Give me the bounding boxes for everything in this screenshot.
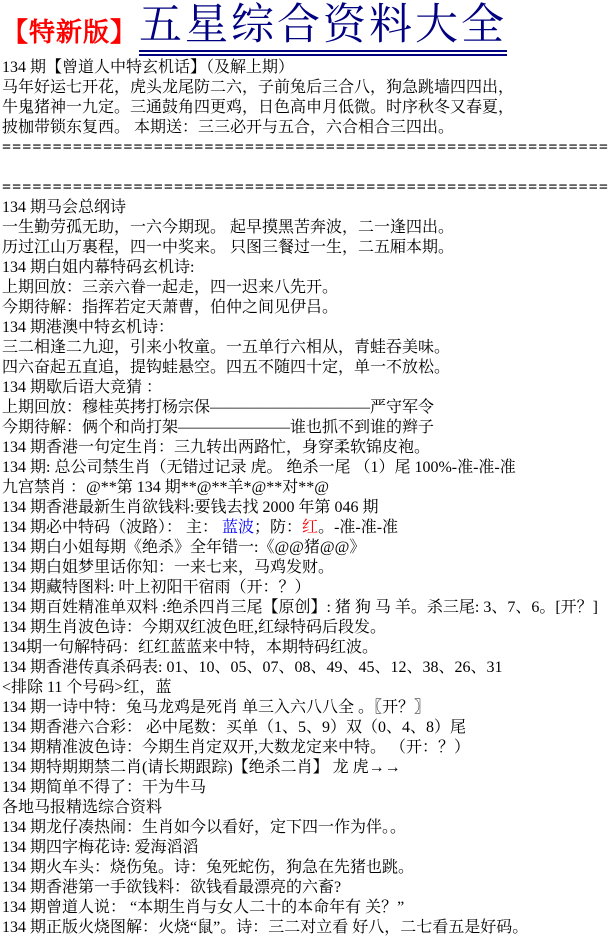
text-line: 134 期香港传真杀码表: 01、10、05、07、08、49、45、12、38… [2, 658, 616, 678]
text-line: 134 期特期期禁二肖(请长期跟踪)【绝杀二肖】 龙 虎→→ [2, 758, 616, 778]
text-line: 134 期香港一句定生肖：三九转出两路忙，身穿柔软锦皮袍。 [2, 438, 616, 458]
text-line: 134 期白小姐每期《绝杀》全年错一:《@@猪@@》 [2, 538, 616, 558]
text-line: <排除 11 个号码>红，蓝 [2, 678, 616, 698]
text-line: 各地马报精选综合资料 [2, 798, 616, 818]
text-line: 今期待解：指挥若定天萧曹，伯仲之间见伊吕。 [2, 298, 616, 318]
page-header: 【特新版】 五星综合资料大全 [0, 0, 616, 56]
text-line: 134 期四字梅花诗: 爱海滔滔 [2, 838, 616, 858]
text-line: 134 期白姐内幕特码玄机诗: [2, 258, 616, 278]
text-line: 134 期【曾道人中特玄机话】（及解上期） [2, 58, 616, 78]
text-line: 上期回放：三亲六眷一起走，四一迟来八先开。 [2, 278, 616, 298]
text-line: 134期一句解特码：红红蓝蓝来中特，本期特码红波。 [2, 638, 616, 658]
text-line: 134 期生肖波色诗：今期双红波色旺,红绿特码后段发。 [2, 618, 616, 638]
text-segment: 红 [302, 519, 318, 536]
text-line: 今期待解：俩个和尚打架———————谁也抓不到谁的辫子 [2, 418, 616, 438]
text-line: 134 期藏特图料: 叶上初阳干宿雨（开：？） [2, 578, 616, 598]
text-line: 134 期精准波色诗：今期生肖定双开,大数龙定来中特。 （开：？） [2, 738, 616, 758]
text-line: 134 期香港六合彩： 必中尾数：买单（1、5、9）双（0、4、8）尾 [2, 718, 616, 738]
text-line: 134 期必中特码（波路）： 主： 蓝波；防：红。-准-准-准 [2, 518, 616, 538]
text-line: 马年好运七开花，虎头龙尾防二六，子前兔后三合八，狗急跳墙四四出， [2, 78, 616, 98]
separator-line: ========================================… [2, 178, 616, 198]
text-line: 一生勤劳孤无助，一六今期现。 起早摸黑苦奔波，二一逢四出。 [2, 218, 616, 238]
edition-badge: 【特新版】 [2, 20, 137, 56]
text-line [2, 158, 616, 178]
text-segment: 蓝波 [222, 519, 254, 536]
text-line: 134 期香港最新生肖欲钱料:要钱去找 2000 年第 046 期 [2, 498, 616, 518]
text-line: 134 期火车头：烧伤兔。诗：兔死蛇伤，狗急在先猪也跳。 [2, 858, 616, 878]
text-line: 134 期简单不得了：干为牛马 [2, 778, 616, 798]
text-line: 九宫禁肖 ：@**第 134 期**@**羊*@**对**@ [2, 478, 616, 498]
text-line: 披枷带锁东复西。 本期送：三三必开与五合，六合相合三四出。 [2, 118, 616, 138]
text-line: 134 期马会总纲诗 [2, 198, 616, 218]
text-line: 134 期歇后语大竞猜 ： [2, 378, 616, 398]
text-line: 上期回放：穆桂英拷打杨宗保——————————严守军令 [2, 398, 616, 418]
text-line: 134 期香港第一手欲钱料：欲钱看最漂亮的六畜? [2, 878, 616, 898]
text-line: 134 期: 总公司禁生肖（无错过记录 虎。 绝杀一尾 （1）尾 100%-准-… [2, 458, 616, 478]
text-line: 134 期曾道人说： “本期生肖与女人二十的本命年有 关？” [2, 898, 616, 918]
text-line: 历过江山万裏程，四一中奖来。 只图三餐过一生，二五厢本期。 [2, 238, 616, 258]
text-line: 134 期百姓精准单双料 :绝杀四肖三尾【原创】: 猪 狗 马 羊。杀三尾: 3… [2, 598, 616, 618]
text-line: 牛鬼猪神一九定。三通鼓角四更鸡，日色高申月低微。时序秋冬又春夏， [2, 98, 616, 118]
text-line: 134 期港澳中特玄机诗： [2, 318, 616, 338]
text-segment: 134 期必中特码（波路）： 主： [2, 519, 222, 536]
text-line: 134 期正版火烧图解：火烧“鼠”。诗：三二对立看 好八，二七看五是好码。 [2, 918, 616, 938]
content-lines: 134 期【曾道人中特玄机话】（及解上期）马年好运七开花，虎头龙尾防二六，子前兔… [0, 56, 616, 938]
text-line: 四六奋起五直追，提钩蛙悬空。四五不随四十定，单一不放松。 [2, 358, 616, 378]
text-segment: 。-准-准-准 [318, 519, 398, 536]
text-line: 三二相逢二九迎，引来小牧童。一五单行六相从，青蛙吞美味。 [2, 338, 616, 358]
text-line: 134 期一诗中特：兔马龙鸡是死肖 单三入六八八全 。〖开？〗 [2, 698, 616, 718]
separator-line: ========================================… [2, 138, 616, 158]
text-line: 134 期白姐梦里话你知：一来七来，马鸡发财。 [2, 558, 616, 578]
text-line: 134 期龙仔凑热闹：生肖如今以看好，定下四一作为伴。。 [2, 818, 616, 838]
page-title: 五星综合资料大全 [139, 4, 507, 56]
text-segment: ；防： [254, 519, 302, 536]
